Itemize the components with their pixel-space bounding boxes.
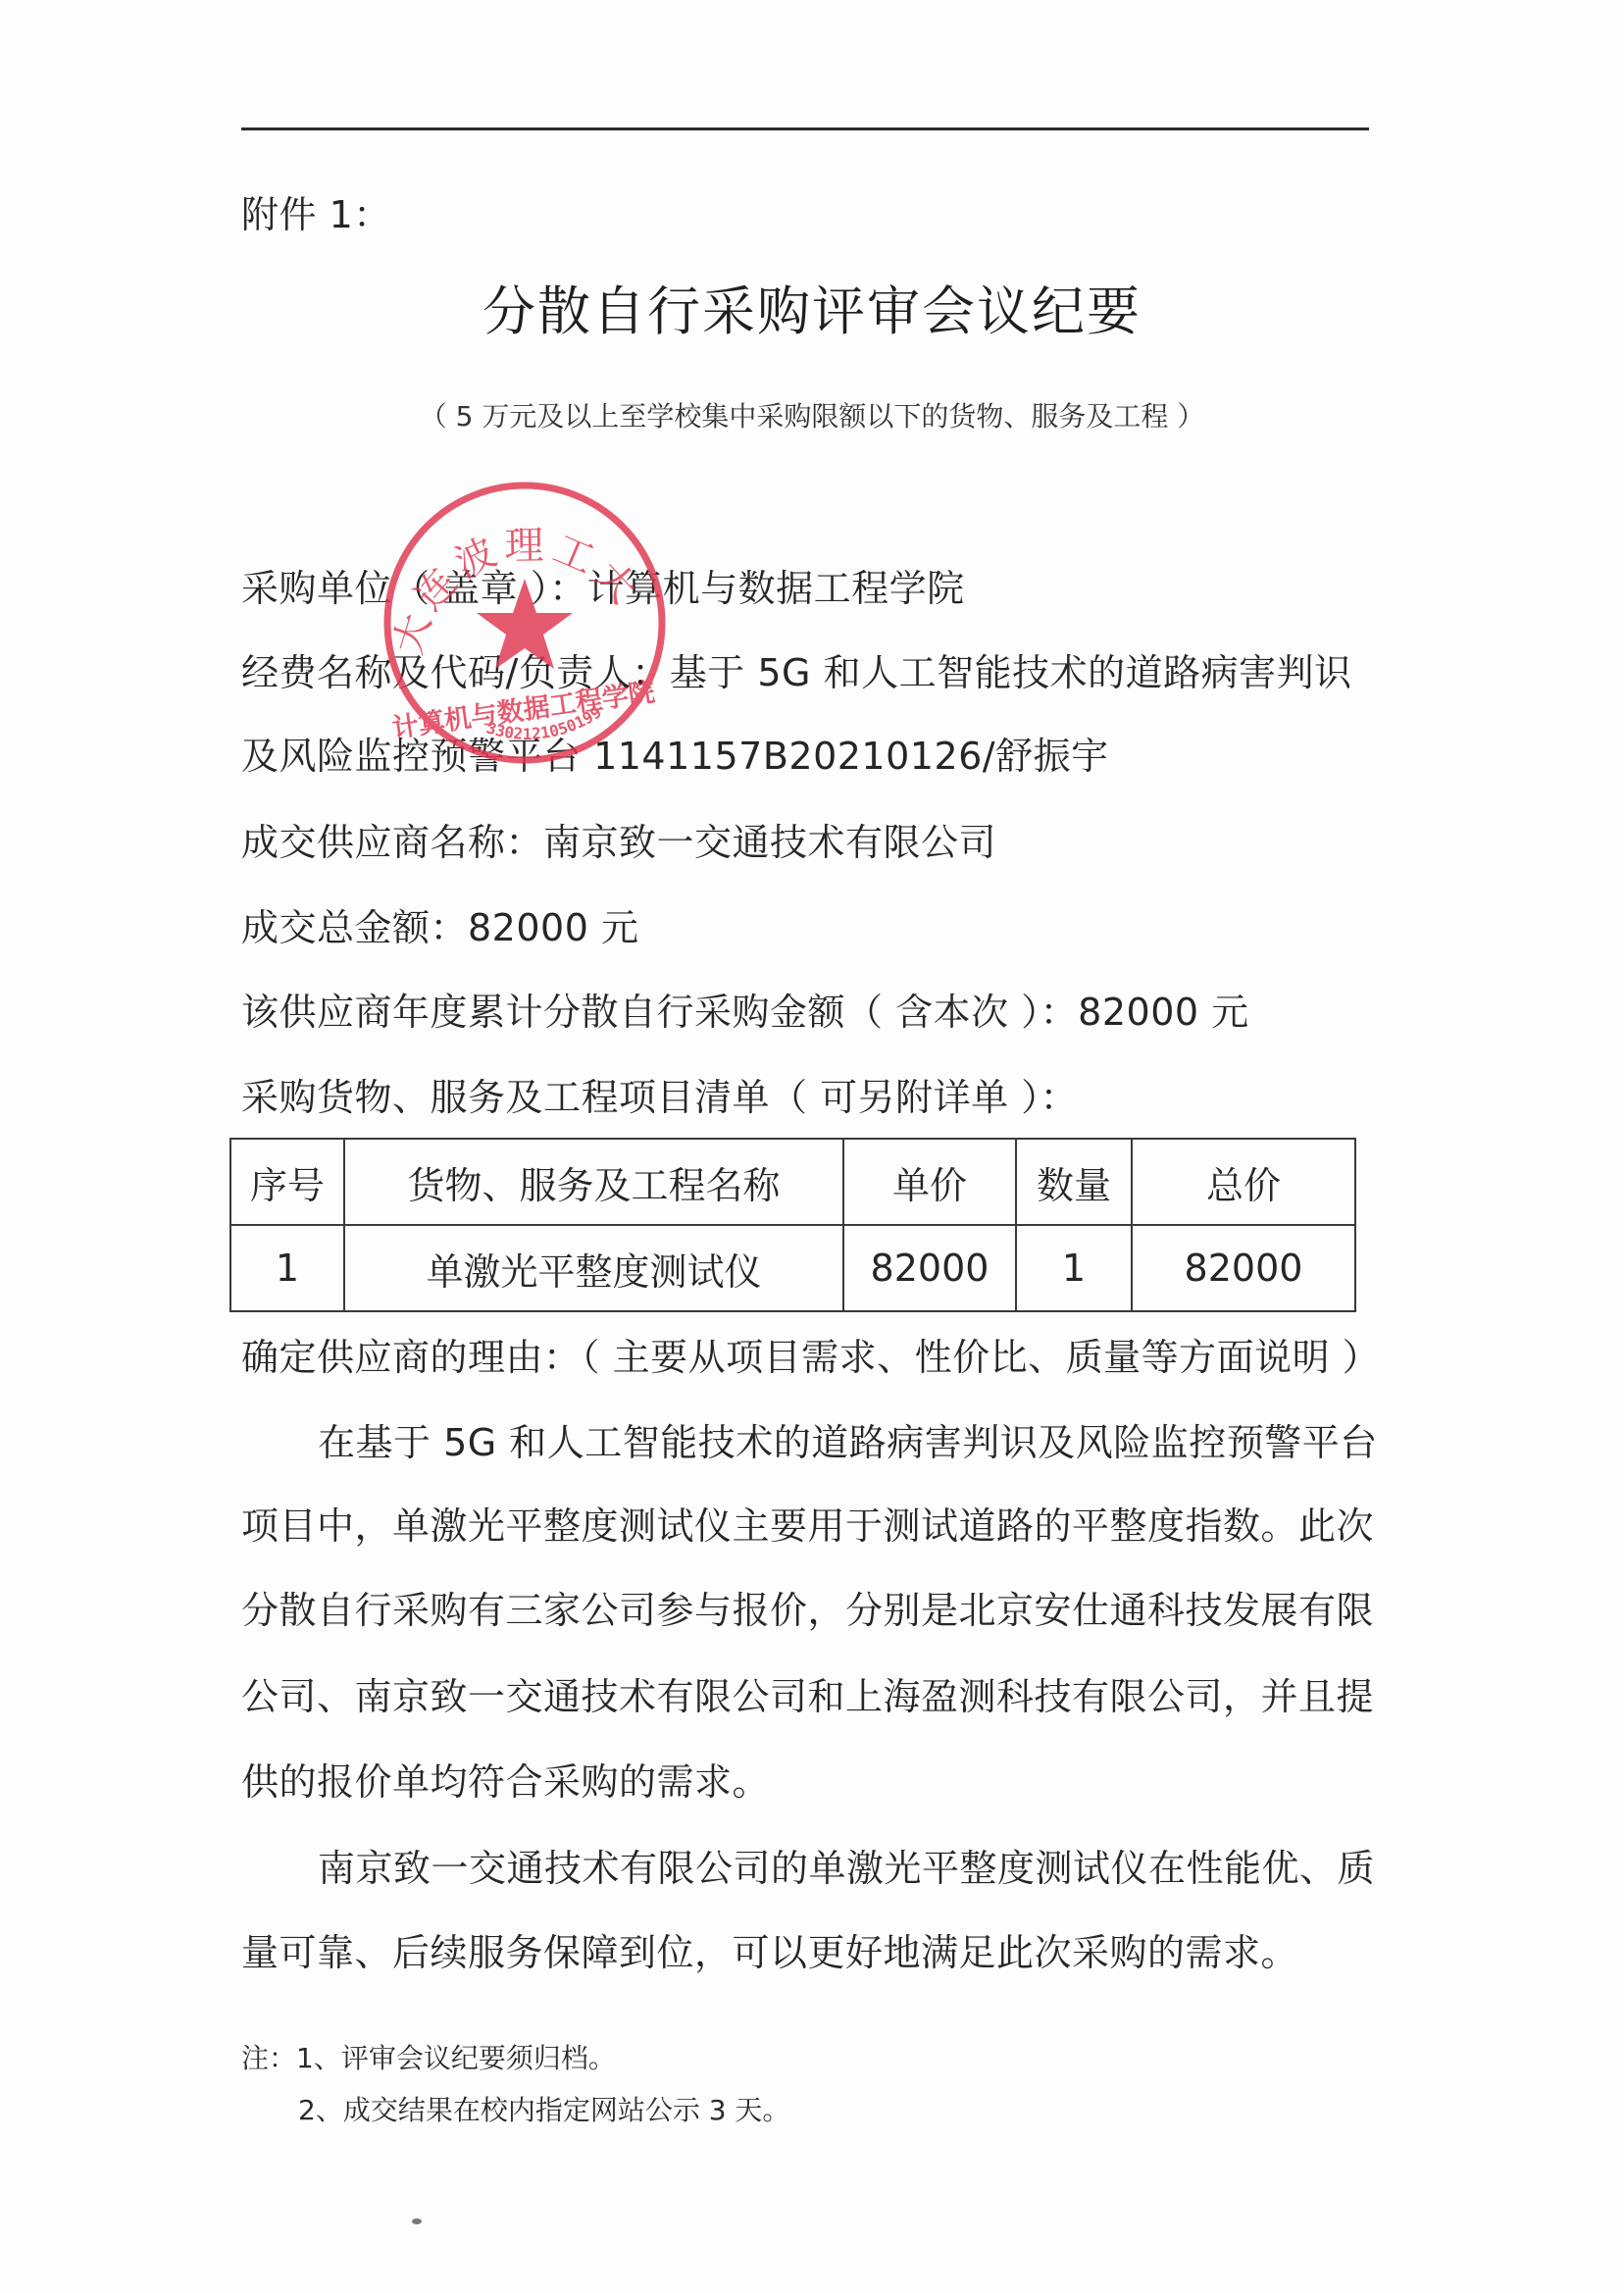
- cell-item-name: 单激光平整度测试仪: [344, 1225, 843, 1311]
- scan-speck: [412, 2218, 422, 2224]
- cell-unit-price: 82000: [843, 1225, 1016, 1311]
- paragraph2-line-2: 量可靠、后续服务保障到位，可以更好地满足此次采购的需求。: [241, 1930, 1298, 1975]
- fund-name-line-1: 经费名称及代码/负责人：基于 5G 和人工智能技术的道路病害判识: [241, 650, 1352, 695]
- document-title: 分散自行采购评审会议纪要: [0, 280, 1624, 343]
- purchasing-unit-field: 采购单位（ 盖章 ）：计算机与数据工程学院: [241, 566, 965, 611]
- document-page: 附件 1： 分散自行采购评审会议纪要 （ 5 万元及以上至学校集中采购限额以下的…: [0, 0, 1624, 2293]
- paragraph1-line-2: 项目中，单激光平整度测试仪主要用于测试道路的平整度指数。此次: [241, 1503, 1374, 1549]
- cell-total-price: 82000: [1132, 1225, 1355, 1311]
- total-amount-field: 成交总金额：82000 元: [241, 905, 638, 950]
- paragraph2-line-1: 南京致一交通技术有限公司的单激光平整度测试仪在性能优、质: [318, 1846, 1375, 1891]
- paragraph1-line-4: 公司、南京致一交通技术有限公司和上海盈测科技有限公司，并且提: [241, 1674, 1374, 1719]
- note-2: 2、成交结果在校内指定网站公示 3 天。: [298, 2094, 789, 2127]
- fund-name-line-2: 及风险监控预警平台 1141157B20210126/舒振宇: [241, 734, 1109, 779]
- table-header-row: 序号 货物、服务及工程名称 单价 数量 总价: [230, 1139, 1355, 1225]
- paragraph1-line-1: 在基于 5G 和人工智能技术的道路病害判识及风险监控预警平台: [318, 1420, 1378, 1465]
- paragraph1-line-5: 供的报价单均符合采购的需求。: [241, 1759, 770, 1805]
- header-rule: [241, 127, 1369, 130]
- header-unit-price: 单价: [843, 1139, 1016, 1225]
- items-list-label: 采购货物、服务及工程项目清单（ 可另附详单 ）：: [241, 1075, 1078, 1120]
- annual-cumulative-field: 该供应商年度累计分散自行采购金额（ 含本次 ）：82000 元: [241, 990, 1249, 1035]
- attachment-label: 附件 1：: [241, 192, 391, 237]
- table-row: 1 单激光平整度测试仪 82000 1 82000: [230, 1225, 1355, 1311]
- header-quantity: 数量: [1016, 1139, 1132, 1225]
- cell-quantity: 1: [1016, 1225, 1132, 1311]
- official-seal-stamp: 大连波理工大学 计算机与数据工程学院 3302121050199: [378, 476, 672, 770]
- header-total-price: 总价: [1132, 1139, 1355, 1225]
- reason-label: 确定供应商的理由：（ 主要从项目需求、性价比、质量等方面说明 ）: [241, 1335, 1380, 1380]
- header-index: 序号: [230, 1139, 344, 1225]
- supplier-name-field: 成交供应商名称：南京致一交通技术有限公司: [241, 820, 996, 865]
- cell-index: 1: [230, 1225, 344, 1311]
- paragraph1-line-3: 分散自行采购有三家公司参与报价，分别是北京安仕通科技发展有限: [241, 1588, 1374, 1633]
- seal-ring: [387, 485, 662, 760]
- document-subtitle: （ 5 万元及以上至学校集中采购限额以下的货物、服务及工程 ）: [0, 400, 1624, 433]
- items-table: 序号 货物、服务及工程名称 单价 数量 总价 1 单激光平整度测试仪 82000…: [229, 1138, 1356, 1312]
- note-1: 注：1、评审会议纪要须归档。: [241, 2042, 616, 2075]
- header-item-name: 货物、服务及工程名称: [344, 1139, 843, 1225]
